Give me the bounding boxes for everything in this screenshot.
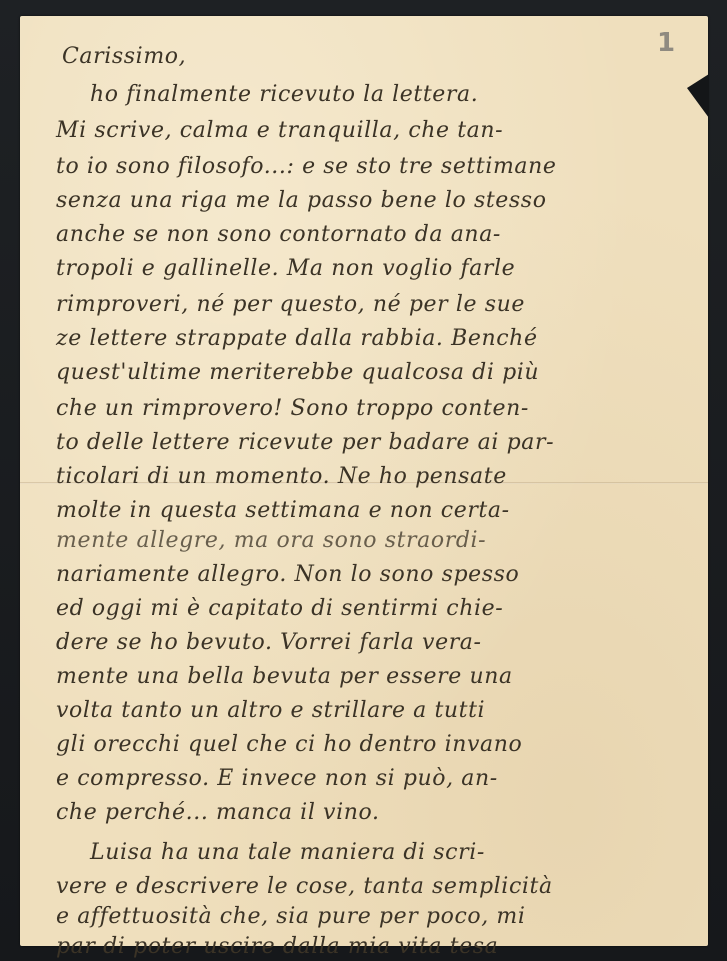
- text-line: vere e descrivere le cose, tanta semplic…: [56, 874, 553, 899]
- text-line: to io sono filosofo...: e se sto tre set…: [56, 154, 557, 179]
- paragraph-start-line: Luisa ha una tale maniera di scri-: [90, 840, 485, 865]
- text-line: senza una riga me la passo bene lo stess…: [56, 188, 547, 213]
- page-number: 1: [657, 28, 675, 58]
- text-line-on-fold: mente allegre, ma ora sono straordi-: [56, 528, 486, 553]
- text-line: to delle lettere ricevute per badare ai …: [56, 430, 554, 455]
- text-line: nariamente allegro. Non lo sono spesso: [56, 562, 519, 587]
- text-line: che perché... manca il vino.: [56, 800, 380, 825]
- text-line: volta tanto un altro e strillare a tutti: [56, 698, 485, 723]
- torn-edge: [687, 74, 709, 118]
- text-line: anche se non sono contornato da ana-: [56, 222, 501, 247]
- text-line: che un rimprovero! Sono troppo conten-: [56, 396, 529, 421]
- text-line: mente una bella bevuta per essere una: [56, 664, 513, 689]
- text-line: rimproveri, né per questo, né per le sue: [56, 292, 525, 317]
- text-line: ze lettere strappate dalla rabbia. Bench…: [56, 326, 538, 351]
- text-line: ho finalmente ricevuto la lettera.: [90, 82, 478, 107]
- text-line: quest'ultime meriterebbe qualcosa di più: [56, 360, 539, 385]
- text-line: par di poter uscire dalla mia vita tesa: [56, 934, 498, 959]
- text-line: dere se ho bevuto. Vorrei farla vera-: [56, 630, 482, 655]
- text-line: e affettuosità che, sia pure per poco, m…: [56, 904, 526, 929]
- salutation: Carissimo,: [62, 44, 186, 69]
- text-line: gli orecchi quel che ci ho dentro invano: [56, 732, 522, 757]
- scan-background: 1 Carissimo, ho finalmente ricevuto la l…: [0, 0, 727, 961]
- text-line: ed oggi mi è capitato di sentirmi chie-: [56, 596, 503, 621]
- text-line: ticolari di un momento. Ne ho pensate: [56, 464, 507, 489]
- text-line: Mi scrive, calma e tranquilla, che tan-: [56, 118, 503, 143]
- text-line: molte in questa settimana e non certa-: [56, 498, 510, 523]
- letter-page: 1 Carissimo, ho finalmente ricevuto la l…: [20, 16, 708, 946]
- text-line: tropoli e gallinelle. Ma non voglio farl…: [56, 256, 515, 281]
- text-line: e compresso. E invece non si può, an-: [56, 766, 498, 791]
